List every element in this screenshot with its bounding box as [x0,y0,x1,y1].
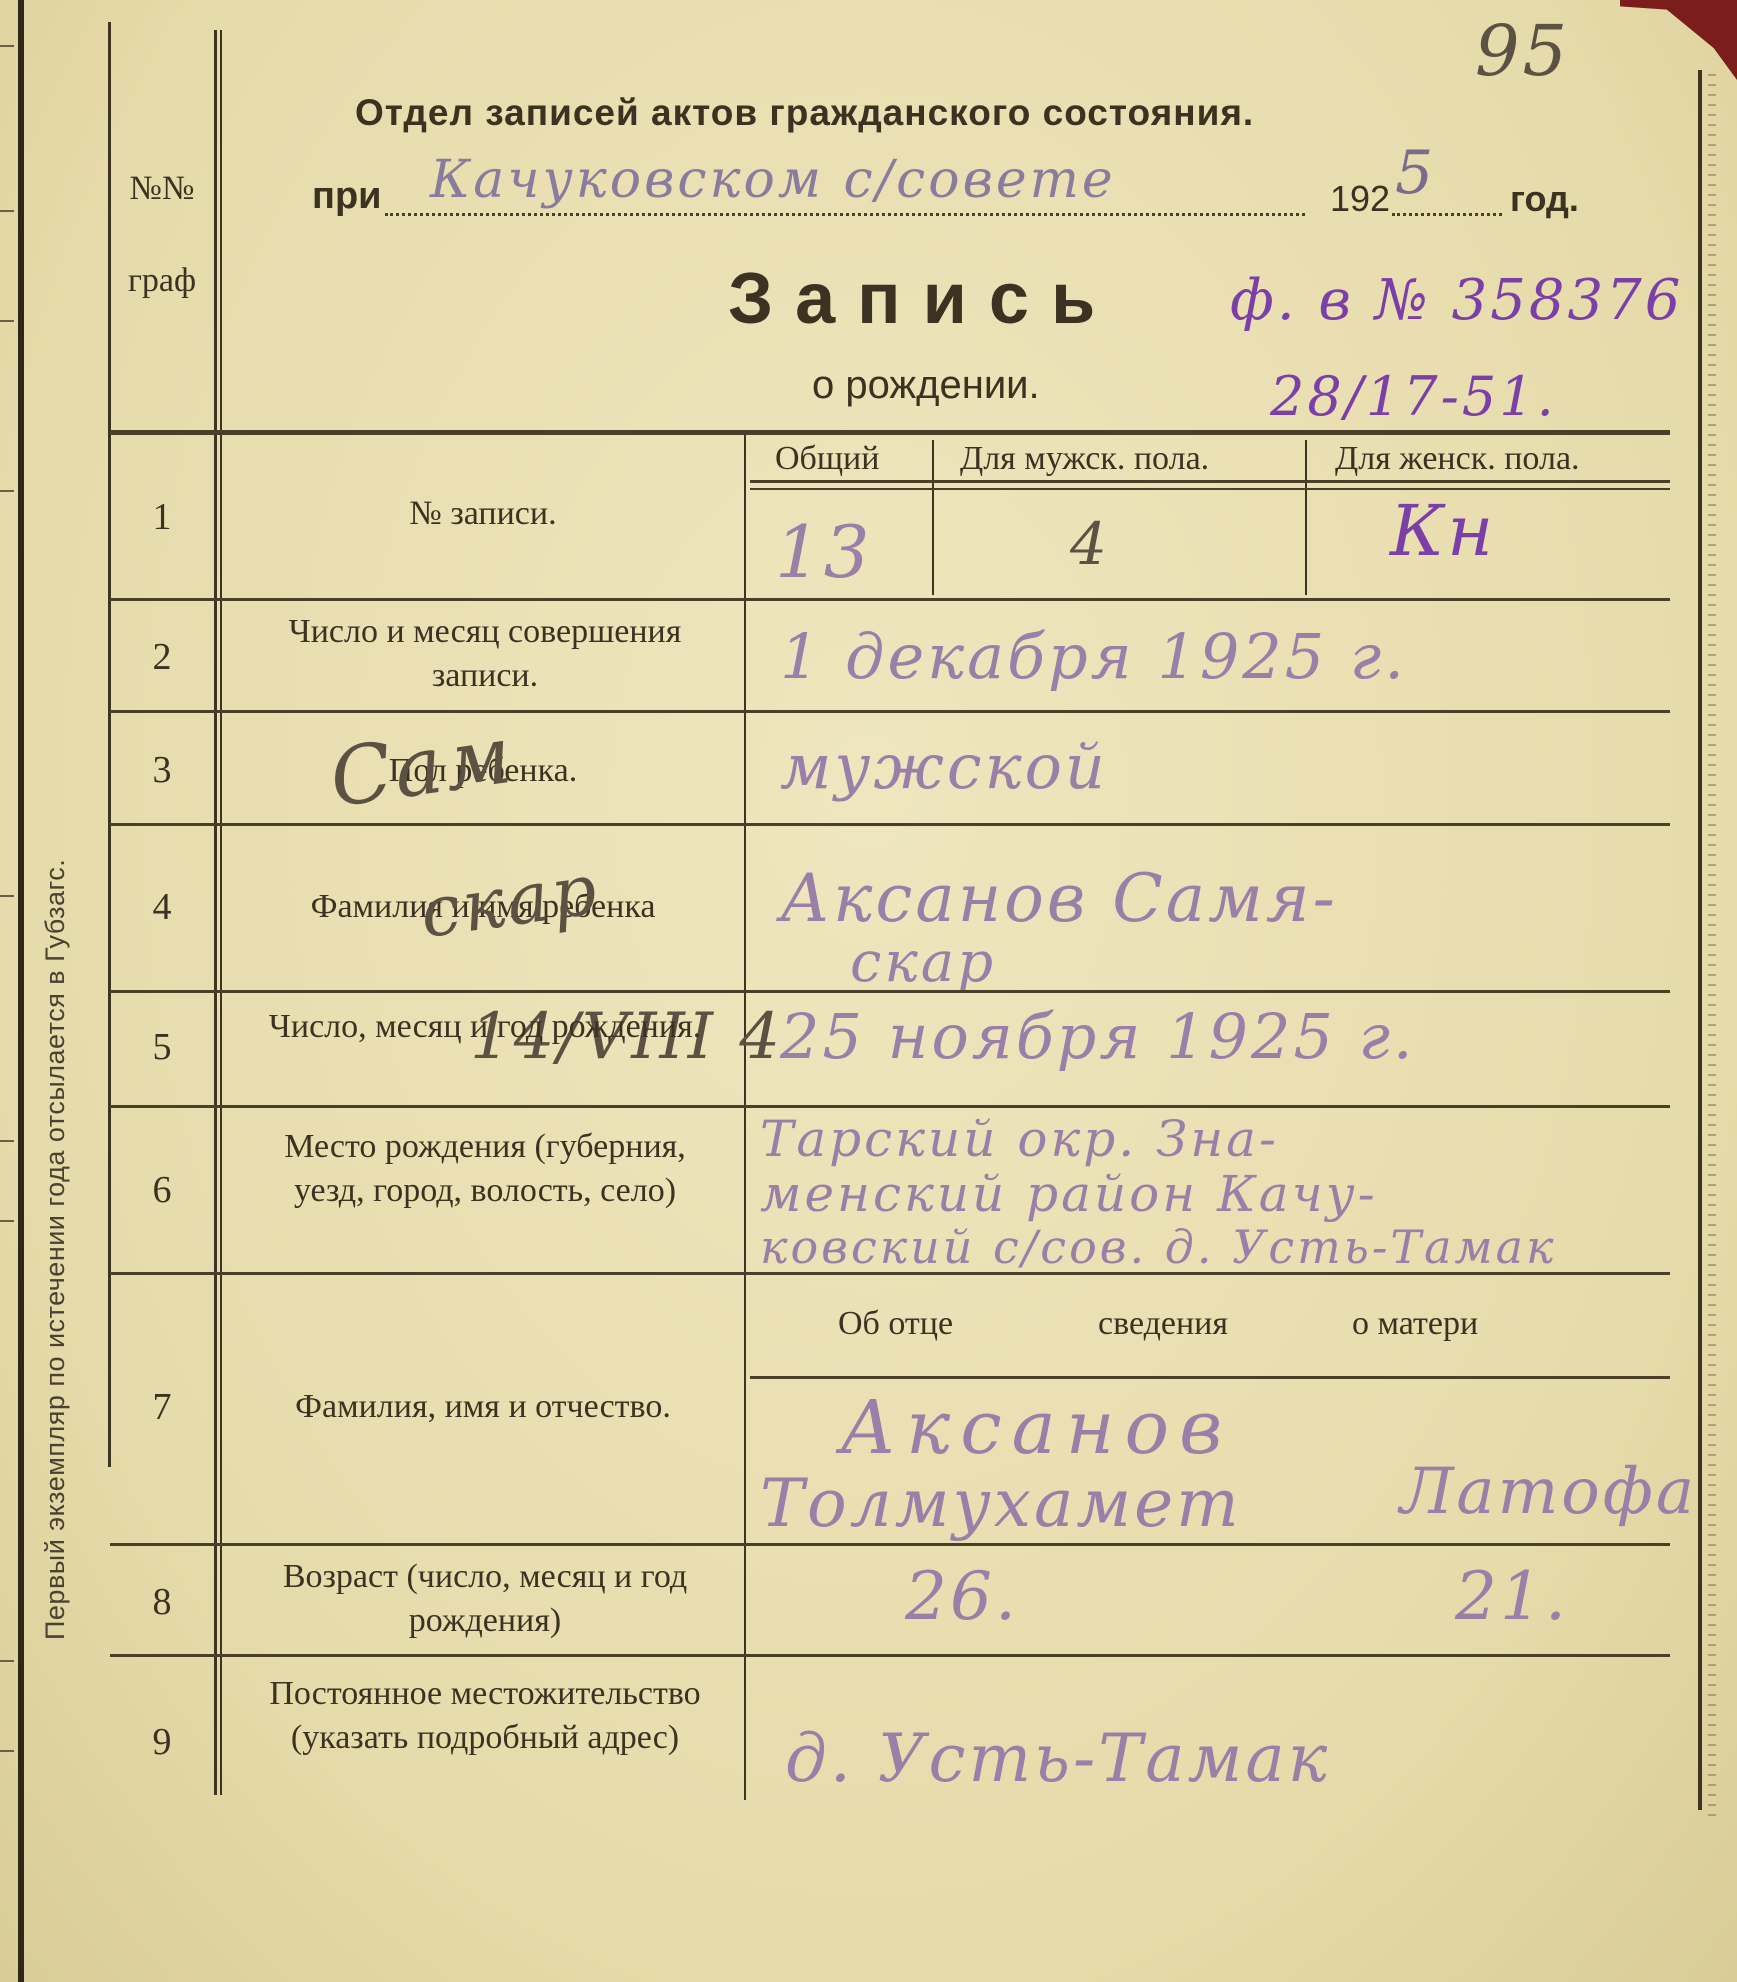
year-prefix: 192 [1330,178,1390,220]
father-name: Толмухамет [760,1465,1242,1542]
perforation-edge [1708,70,1716,1820]
page-number: 95 [1475,10,1570,92]
side-note: Первый экземпляр по истечении года отсыл… [40,280,71,1640]
col-label-numbers: №№ [112,170,212,208]
row-3-number: 3 [112,748,212,792]
father-surname: Аксанов [840,1385,1232,1471]
row-9-number: 9 [112,1720,212,1764]
table-right-border [1698,70,1702,1810]
row-4-value-line2: скар [850,930,996,995]
row-4-number: 4 [112,885,212,929]
column-divider-num-double [220,30,222,1795]
row-6-value-line3: ковский с/сов. д. Усть-Тамак [760,1220,1557,1274]
parents-header-mother: о матери [1352,1305,1478,1343]
parents-header-middle: сведения [1098,1305,1228,1343]
year-field-line [1392,213,1502,216]
pri-field-line [385,213,1305,216]
row-1-number: 1 [112,495,212,539]
row-2-value: 1 декабря 1925 г. [780,620,1407,693]
record-number-male: 4 [1070,510,1110,578]
record-title: Запись [728,258,1117,340]
row-6-label: Место рождения (губерния, уезд, город, в… [250,1125,720,1213]
row-2-number: 2 [112,635,212,679]
row-7-label: Фамилия, имя и отчество. [224,1388,742,1426]
row-5-label: Число, месяц и год рождения. [250,1005,720,1049]
row-8-label: Возраст (число, месяц и год рождения) [250,1555,720,1643]
row-4-value-line1: Аксанов Самя- [780,860,1338,937]
record-subtitle: о рождении. [812,363,1040,408]
mother-age: 21. [1455,1558,1569,1635]
pri-label: при [312,175,382,218]
father-age: 26. [905,1558,1019,1635]
parents-header-father: Об отце [838,1305,953,1343]
column-divider-num [214,30,217,1795]
row-6-value-line2: менский район Качу- [760,1165,1378,1223]
row-8-number: 8 [112,1580,212,1624]
row-3-value: мужской [780,730,1108,803]
table-left-border [108,22,111,1467]
column-divider-label [744,430,746,1800]
book-spine [18,0,24,1982]
year-suffix: 5 [1395,138,1436,208]
pri-value: Качуковском с/совете [430,150,1116,210]
col-label-graf: граф [112,262,212,300]
row-7-number: 7 [112,1385,212,1429]
year-label: год. [1510,178,1579,220]
col-header-total: Общий [775,440,879,478]
row-1-label: № записи. [224,495,742,533]
signature-mark: Кн [1390,490,1496,572]
col-header-female: Для женск. пола. [1335,440,1580,478]
archive-stamp-number: ф. в № 358376 [1230,268,1683,333]
row-9-value: д. Усть-Тамак [785,1720,1330,1797]
header-rule [110,430,1670,435]
mother-name: Латофа [1400,1455,1697,1529]
department-title: Отдел записей актов гражданского состоян… [355,92,1254,134]
row-6-number: 6 [112,1168,212,1212]
row-5-value: 25 ноября 1925 г. [780,1000,1416,1073]
row-6-value-line1: Тарский окр. Зна- [760,1110,1279,1168]
row-9-label: Постоянное местожительство (указать подр… [250,1672,720,1760]
record-number-total: 13 [775,510,873,594]
col-header-male: Для мужск. пола. [960,440,1209,478]
row-2-label: Число и месяц совершения записи. [250,610,720,698]
archive-stamp-date: 28/17-51. [1270,365,1557,428]
row-5-number: 5 [112,1025,212,1069]
